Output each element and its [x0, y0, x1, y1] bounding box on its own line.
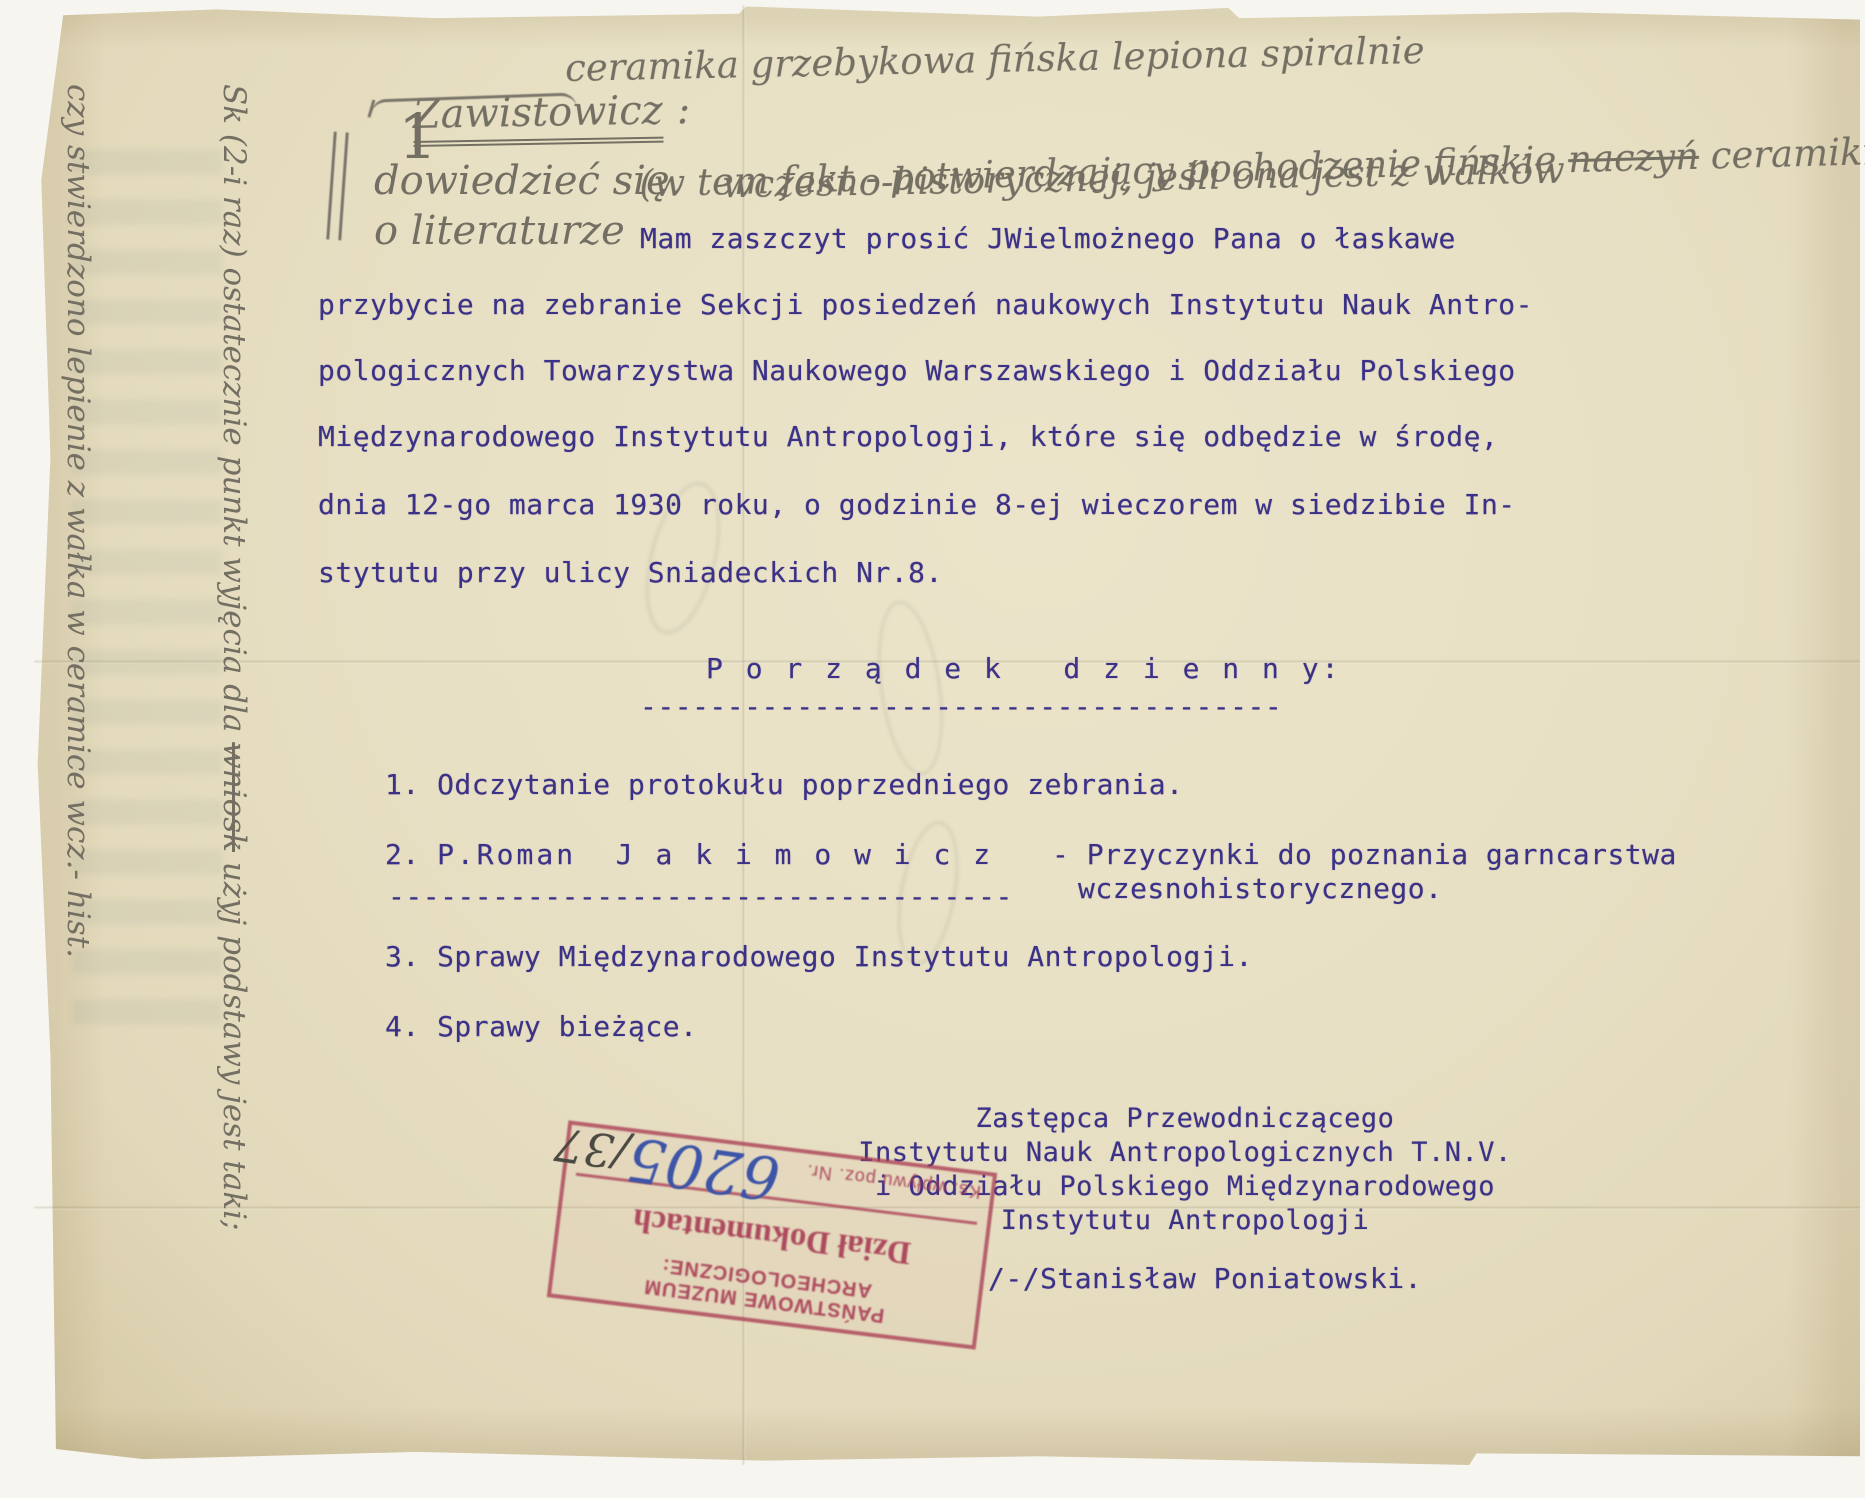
margin-note-vertical: Sk (2-i raz) ostatecznie punkt wyjęcia d… [0, 84, 364, 1174]
letter-line-5: dnia 12-go marca 1930 roku, o godzinie 8… [318, 488, 1516, 522]
annotation-note-line1: dowiedzieć się [374, 158, 670, 204]
letter-line-1: Mam zaszczyt prosić JWielmożnego Pana o … [640, 222, 1456, 256]
agenda-item-3-text: Sprawy Międzynarodowego Instytutu Antrop… [437, 940, 1253, 973]
letter-line-6: stytutu przy ulicy Sniadeckich Nr.8. [318, 556, 943, 590]
inventory-number-year: /37 [552, 1117, 633, 1181]
agenda-item-2-speaker: P.Roman J a k i m o w i c z [437, 838, 993, 871]
scanned-document: Zawistowicz: ceramika grzebykowa fińska … [0, 0, 1865, 1498]
agenda-item-4: 4. Sprawy bieżące. [385, 1010, 697, 1044]
letter-line-3: pologicznych Towarzystwa Naukowego Warsz… [318, 354, 1516, 388]
signature-title-line1: Zastępca Przewodniczącego [845, 1102, 1525, 1136]
margin-note-line1-suffix: użyj podstawy jest taki; [216, 852, 252, 1231]
signature-name: /-/Stanisław Poniatowski. [988, 1262, 1422, 1296]
agenda-heading-rule: ------------------------------------- [640, 690, 1282, 724]
agenda-item-2-topic-line2: wczesnohistorycznego. [1078, 872, 1443, 906]
agenda-heading: P o r z ą d e k d z i e n n y: [706, 652, 1341, 686]
agenda-item-1-text: Odczytanie protokułu poprzedniego zebran… [437, 768, 1183, 801]
agenda-item-3-number: 3. [385, 940, 420, 973]
margin-note-line2: czy stwierdzono lepienie z wałka w ceram… [52, 84, 104, 1174]
letter-line-2: przybycie na zebranie Sekcji posiedzeń n… [318, 288, 1533, 322]
agenda-item-1-number: 1. [385, 768, 420, 801]
margin-note-line1-struck-word: wniosk [216, 742, 252, 852]
inventory-number-main: 6205 [623, 1123, 784, 1214]
agenda-item-4-number: 4. [385, 1010, 420, 1043]
annotation-note-line2: o literaturze [374, 208, 625, 254]
agenda-item-2: 2. P.Roman J a k i m o w i c z [385, 838, 993, 872]
signature-title-line2: Instytutu Nauk Antropologicznych T.N.V. [845, 1136, 1525, 1170]
agenda-item-2-topic-line1: - Przyczynki do poznania garncarstwa [1052, 838, 1677, 872]
margin-note-line1: Sk (2-i raz) ostatecznie punkt wyjęcia d… [208, 84, 260, 1174]
agenda-item-3: 3. Sprawy Międzynarodowego Instytutu Ant… [385, 940, 1253, 974]
agenda-item-2-underline: ------------------------------------ [388, 880, 1013, 914]
annotation-line2-struck-word: naczyń [1568, 135, 1700, 181]
agenda-item-2-number: 2. [385, 838, 420, 871]
letter-line-4: Międzynarodowego Instytutu Antropologji,… [318, 420, 1498, 454]
margin-note-line1-prefix: Sk (2-i raz) ostatecznie punkt wyjęcia d… [216, 84, 252, 742]
annotation-line2-suffix: ceramiki [1698, 130, 1865, 178]
agenda-item-4-text: Sprawy bieżące. [437, 1010, 697, 1043]
agenda-item-1: 1. Odczytanie protokułu poprzedniego zeb… [385, 768, 1183, 802]
